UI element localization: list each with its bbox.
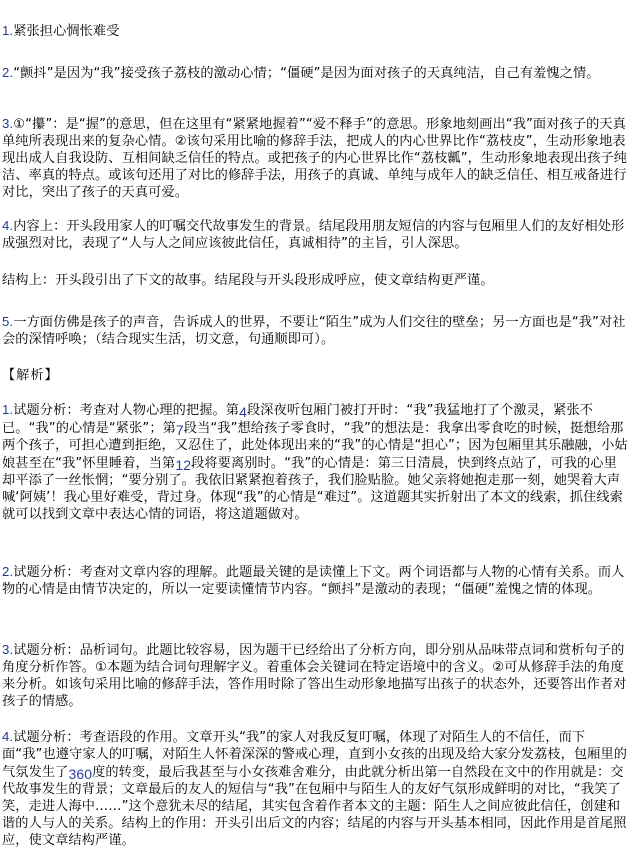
answer-text: 结构上：开头段引出了下文的故事。结尾段与开头段形成呼应，使文章结构更严谨。	[2, 273, 494, 288]
analysis-heading: 【解析】	[2, 367, 628, 384]
analysis-text: 试题分析：考查对文章内容的理解。此题最关键的是读懂上下文。两个词语都与人物的心情…	[2, 565, 624, 597]
analysis-number: 1.	[2, 402, 13, 417]
answer-1: 1.紧张担心惆怅难受	[2, 22, 628, 40]
analysis-number: 2.	[2, 564, 13, 579]
analysis-4: 4.试题分析：考查语段的作用。文章开头“我”的家人对我反复叮嘱，体现了对陌生人的…	[2, 728, 628, 849]
paragraph-number: 7	[176, 422, 184, 438]
answer-text: 内容上：开头段用家人的叮嘱交代故事发生的背景。结尾段用朋友短信的内容与包厢里人们…	[2, 219, 624, 251]
answer-text: 一方面仿佛是孩子的声音，告诉成人的世界，不要让“陌生”成为人们交往的壁垒；另一方…	[2, 315, 626, 347]
analysis-number: 4.	[2, 729, 13, 744]
analysis-text: 试题分析：品析词句。此题比较容易，因为题干已经给出了分析方向，即分别从品味带点词…	[2, 643, 627, 709]
paragraph-number: 12	[175, 457, 191, 473]
analysis-text: 度的转变，最后我甚至与小女孩难舍难分，由此就分析出第一自然段在文中的作用就是：交…	[2, 765, 627, 848]
answer-text: 紧张担心惆怅难受	[13, 24, 119, 39]
answer-number: 1.	[2, 23, 13, 38]
answer-number: 3.	[2, 116, 13, 131]
analysis-number: 3.	[2, 642, 13, 657]
answer-3: 3.①“攥”：是“握”的意思，但在这里有“紧紧地握着”“爱不释手”的意思。形象地…	[2, 115, 628, 201]
answer-5: 5.一方面仿佛是孩子的声音，告诉成人的世界，不要让“陌生”成为人们交往的壁垒；另…	[2, 313, 628, 348]
answer-2: 2.“颤抖”是因为“我”接受孩子荔枝的激动心情；“僵硬”是因为面对孩子的天真纯洁…	[2, 64, 628, 82]
analysis-2: 2.试题分析：考查对文章内容的理解。此题最关键的是读懂上下文。两个词语都与人物的…	[2, 563, 628, 598]
answer-text: “颤抖”是因为“我”接受孩子荔枝的激动心情；“僵硬”是因为面对孩子的天真纯洁，自…	[13, 66, 599, 81]
answer-4-structure: 结构上：开头段引出了下文的故事。结尾段与开头段形成呼应，使文章结构更严谨。	[2, 272, 628, 289]
analysis-text: 试题分析：考查对人物心理的把握。第	[13, 403, 239, 418]
answer-4-content: 4.内容上：开头段用家人的叮嘱交代故事发生的背景。结尾段用朋友短信的内容与包厢里…	[2, 217, 628, 252]
analysis-3: 3.试题分析：品析词句。此题比较容易，因为题干已经给出了分析方向，即分别从品味带…	[2, 641, 628, 710]
answer-number: 5.	[2, 314, 13, 329]
answer-text: ①“攥”：是“握”的意思，但在这里有“紧紧地握着”“爱不释手”的意思。形象地刻画…	[2, 117, 627, 200]
paragraph-number: 4	[239, 404, 247, 420]
degree-number: 360	[68, 766, 92, 782]
analysis-1: 1.试题分析：考查对人物心理的把握。第4段深夜听包厢门被打开时：“我”我猛地打了…	[2, 401, 628, 523]
answer-number: 4.	[2, 218, 13, 233]
answer-number: 2.	[2, 65, 13, 80]
